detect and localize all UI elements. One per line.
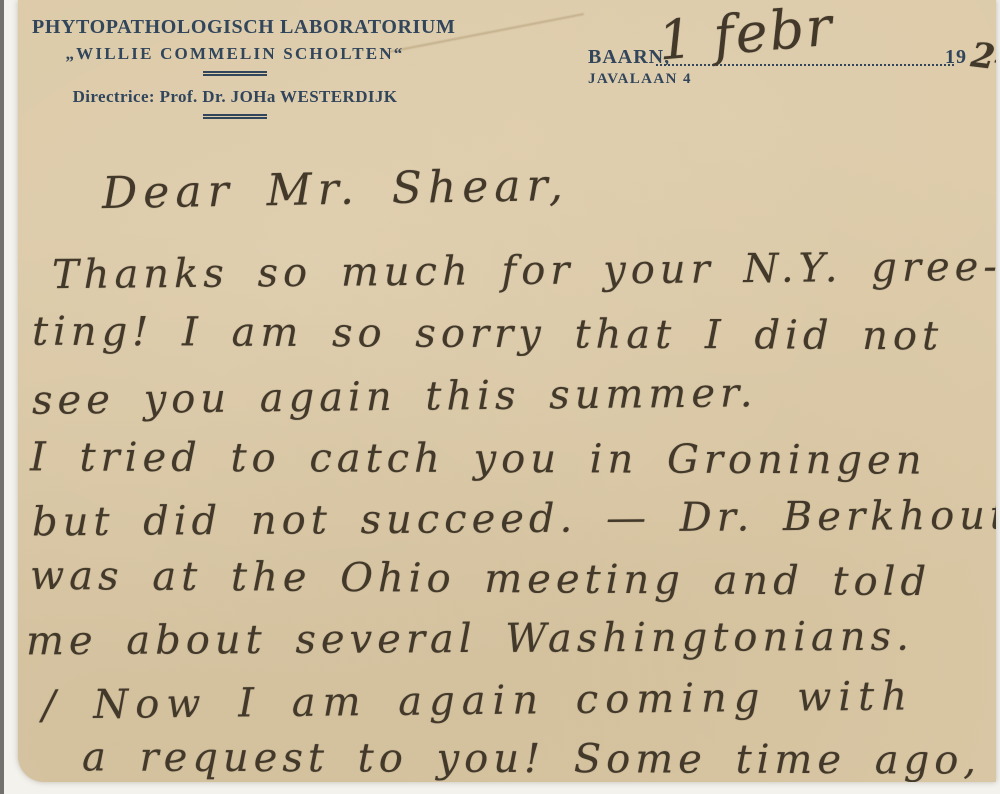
- salutation: Dear Mr. Shear,: [102, 160, 570, 219]
- handwritten-line: Thanks so much for your N.Y. gree-: [52, 247, 996, 295]
- letterhead-rule-top: [203, 71, 267, 76]
- year-printed: 19: [945, 46, 967, 69]
- letter-paper: PHYTOPATHOLOGISCH LABORATORIUM „WILLIE C…: [18, 0, 996, 782]
- scan-edge: [0, 0, 4, 794]
- handwritten-line: me about several Washingtonians.: [26, 617, 914, 662]
- address-label: JAVALAAN 4: [588, 71, 692, 88]
- handwritten-line: ting! I am so sorry that I did not: [32, 312, 943, 357]
- handwritten-line: / Now I am again coming with: [42, 676, 914, 725]
- letterhead: PHYTOPATHOLOGISCH LABORATORIUM „WILLIE C…: [32, 16, 438, 119]
- handwritten-line: I tried to catch you in Groningen: [30, 437, 927, 480]
- handwritten-line: see you again this summer.: [32, 373, 758, 421]
- scanned-letter: PHYTOPATHOLOGISCH LABORATORIUM „WILLIE C…: [0, 0, 1000, 794]
- handwritten-line: but did not succeed. — Dr. Berkhout: [32, 496, 996, 543]
- directrice-line: Directrice: Prof. Dr. JOHa WESTERDIJK: [32, 87, 438, 107]
- handwritten-line: was at the Ohio meeting and told: [30, 556, 931, 602]
- letterhead-rule-bottom: [203, 114, 267, 119]
- institute-name: „WILLIE COMMELIN SCHOLTEN“: [32, 44, 438, 64]
- handwritten-line: a request to you! Some time ago,: [82, 737, 981, 780]
- organization-name: PHYTOPATHOLOGISCH LABORATORIUM: [32, 16, 438, 39]
- handwritten-year: 24: [969, 35, 996, 80]
